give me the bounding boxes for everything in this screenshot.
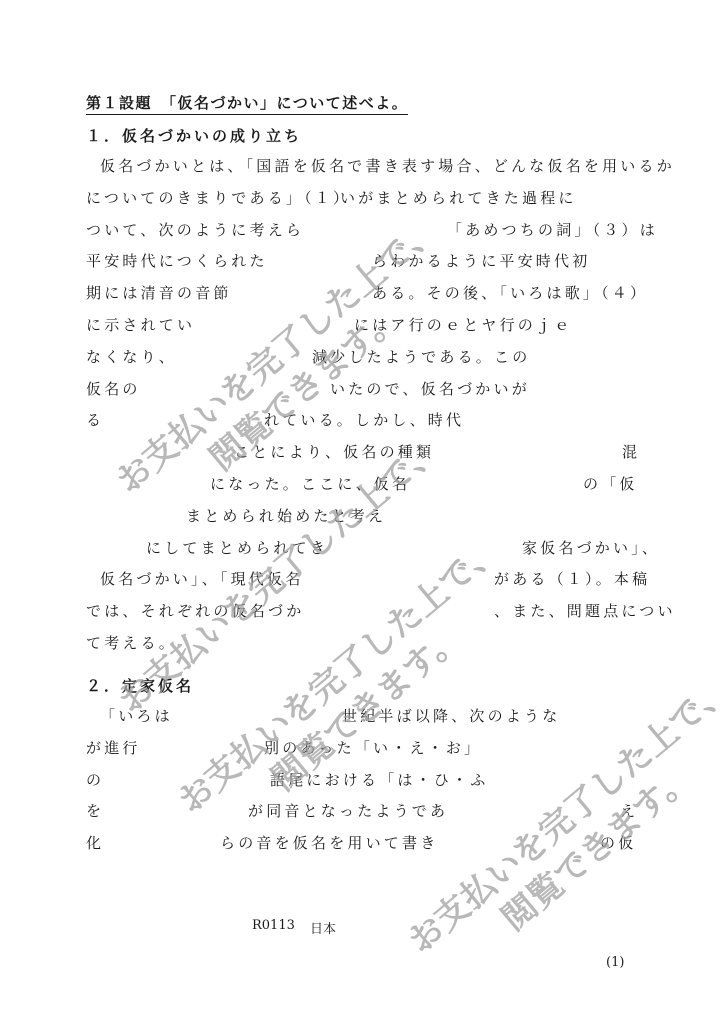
footer-code: R0113: [252, 918, 295, 933]
text-line-segment: にはア行のｅとヤ行のｊｅ: [354, 315, 572, 335]
assignment-title: 第１設題 「仮名づかい」について述べよ。: [86, 92, 408, 115]
text-line-segment: 減少したようである。この: [312, 347, 530, 367]
text-line-segment: についてのきまりである」（１）: [86, 188, 351, 208]
text-line-segment: なくなり、: [86, 347, 177, 367]
text-line-segment: 、また、問題点につい: [494, 601, 676, 621]
text-line-segment: え: [620, 801, 638, 821]
text-line-segment: がある（１）。本稿: [494, 569, 650, 589]
text-line-segment: ついて、次のように考えら: [86, 220, 304, 240]
text-line-segment: る: [86, 410, 104, 430]
text-line-segment: 仮名づかいとは、「国語を仮名で書き表す場合、どんな仮名を用いるか: [100, 156, 675, 176]
text-line-segment: 語尾における「は・ひ・ふ: [270, 770, 488, 790]
text-line-segment: 平安時代につくられた: [86, 251, 268, 271]
section-heading: １．仮名づかいの成り立ち: [86, 126, 302, 146]
text-line-segment: 「いろは: [100, 706, 173, 726]
text-line-segment: 仮名の: [86, 379, 141, 399]
text-line-segment: て考える。: [86, 633, 177, 653]
text-line-segment: いたので、仮名づかいが: [330, 379, 530, 399]
text-line-segment: の: [86, 770, 104, 790]
text-line-segment: になった。ここに、仮名: [210, 474, 410, 494]
text-line-segment: 化: [86, 833, 104, 853]
text-line-segment: にしてまとめられてき: [146, 538, 328, 558]
document-page: 第１設題 「仮名づかい」について述べよ。 １．仮名づかいの成り立ち仮名づかいとは…: [0, 0, 724, 1024]
text-line-segment: ことにより、仮名の種類: [234, 442, 434, 462]
text-line-segment: が進行: [86, 738, 141, 758]
text-line-segment: 家仮名づかい」、: [522, 538, 660, 558]
text-line-segment: の「仮: [583, 474, 638, 494]
text-line-segment: の仮: [600, 833, 636, 853]
text-line-segment: まとめられ始めたと考え: [186, 506, 386, 526]
section-heading: ２．定家仮名: [86, 676, 194, 696]
text-line-segment: では、それぞれの仮名づか: [86, 601, 304, 621]
text-line-segment: ある。その後、「いろは歌」（４）: [372, 283, 648, 303]
text-line-segment: 別のあった「い・え・お」: [264, 738, 482, 758]
text-line-segment: 仮名づかい」、「現代仮名: [100, 569, 303, 589]
text-line-segment: を: [86, 801, 104, 821]
footer-subject: 日本: [310, 918, 336, 937]
text-line-segment: れている。しかし、時代: [264, 410, 464, 430]
text-line-segment: らわかるように平安時代初: [372, 251, 590, 271]
text-line-segment: が同音となったようであ: [248, 801, 448, 821]
page-number: (1): [606, 955, 624, 970]
text-line-segment: いがまとめられてきた過程に: [340, 188, 577, 208]
text-line-segment: に示されてい: [86, 315, 195, 335]
text-line-segment: 期には清音の音節: [86, 283, 232, 303]
text-line-segment: らの音を仮名を用いて書き: [220, 833, 438, 853]
text-line-segment: 世紀半ば以降、次のような: [342, 706, 560, 726]
text-line-segment: 混: [622, 442, 640, 462]
text-line-segment: 「あめつちの詞」（３）は: [447, 220, 658, 240]
